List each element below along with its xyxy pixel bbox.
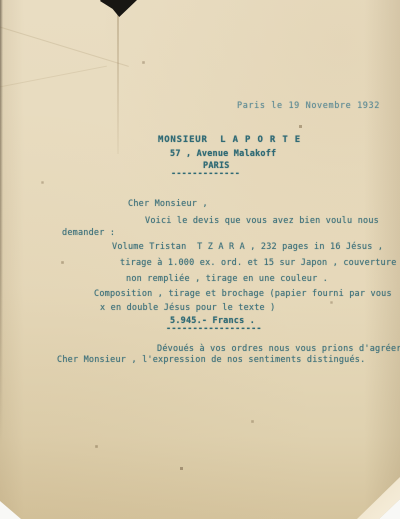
recipient-name: MONSIEUR L A P O R T E	[158, 135, 301, 145]
price-underline: ------------------	[166, 324, 262, 334]
crease-line	[0, 66, 107, 92]
folded-corner	[350, 474, 400, 519]
body-line: Composition , tirage et brochage (papier…	[94, 289, 392, 299]
letter-page: Paris le 19 Novembre 1932 MONSIEUR L A P…	[0, 0, 400, 519]
recipient-underline: -------------	[171, 169, 240, 179]
body-line: Volume Tristan T Z A R A , 232 pages in …	[112, 242, 383, 252]
date-line: Paris le 19 Novembre 1932	[237, 101, 380, 111]
crease-line	[117, 14, 119, 154]
closing-line: Cher Monsieur , l'expression de nos sent…	[57, 355, 365, 365]
body-line: x en double Jésus pour le texte )	[100, 303, 275, 313]
salutation: Cher Monsieur ,	[128, 199, 208, 209]
paper-speckles	[0, 0, 1, 1]
body-line: Voici le devis que vous avez bien voulu …	[145, 216, 379, 226]
body-line: tirage à 1.000 ex. ord. et 15 sur Japon …	[120, 258, 397, 268]
recipient-street: 57 , Avenue Malakoff	[170, 149, 276, 159]
body-line: non rempliée , tirage en une couleur .	[126, 274, 328, 284]
closing-line: Dévoués à vos ordres nous vous prions d'…	[157, 344, 400, 354]
crease-line	[0, 22, 129, 67]
body-line: demander :	[62, 228, 115, 238]
scan-edge-shadow	[0, 0, 3, 445]
staple-tear-mark	[100, 0, 137, 17]
scanned-letter: { "letter": { "date": "Paris le 19 Novem…	[0, 0, 400, 519]
